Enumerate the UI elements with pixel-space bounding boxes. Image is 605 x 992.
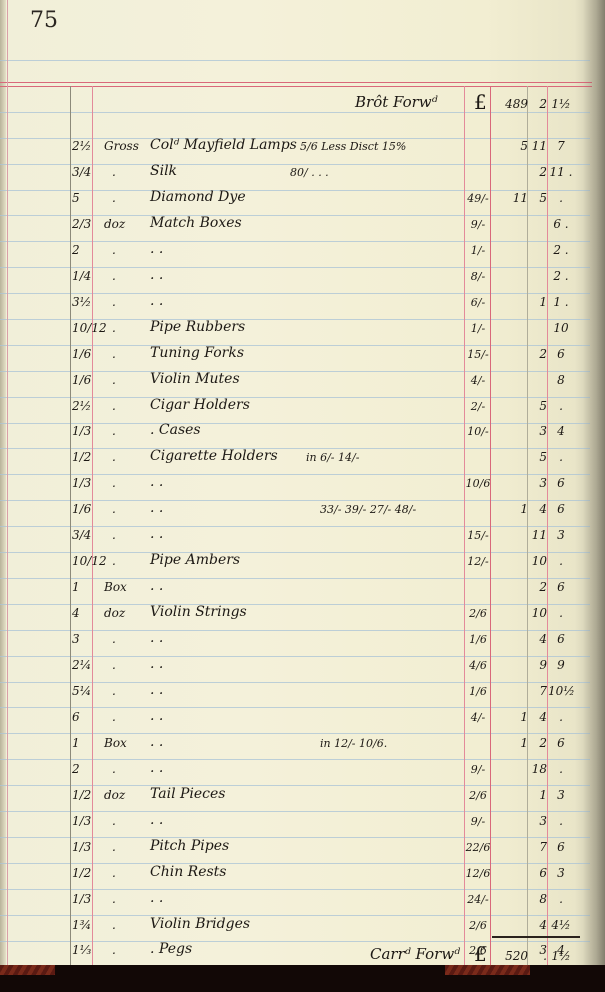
entry-quantity: 1/3 (72, 424, 98, 438)
entry-shillings: 3 (527, 476, 547, 490)
entry-quantity: 2½ (72, 399, 98, 413)
entry-shillings: 11 (527, 139, 547, 153)
entry-pence: . (548, 892, 574, 906)
entry-pence: . (548, 399, 574, 413)
entry-description: . . (150, 241, 163, 257)
entry-shillings: 4 (527, 502, 547, 516)
entry-shillings: 4 (527, 918, 547, 932)
entry-rate: 10/- (465, 425, 491, 438)
ledger-row: 1/6.Tuning Forks15/-26 (0, 338, 590, 364)
entry-quantity: 3/4 (72, 528, 98, 542)
entry-unit: . (112, 918, 116, 932)
entry-pence: 2 . (548, 269, 574, 283)
entry-pence: 10½ (548, 684, 574, 698)
entry-description: . . (150, 812, 163, 828)
ledger-row: 5¼.. .1/6710½ (0, 675, 590, 701)
bfwd-pounds: 489 (492, 97, 528, 111)
entry-description: . Cases (150, 422, 201, 438)
ledger-row: 10/12.Pipe Ambers12/-10. (0, 545, 590, 571)
entry-shillings: 11 (527, 528, 547, 542)
entry-unit: . (112, 762, 116, 776)
ledger-page: 75 Brôt Forwᵈ £ 489 2 1½ 2½GrossColᵈ May… (0, 0, 605, 965)
entry-shillings: 4 (527, 632, 547, 646)
entry-quantity: 2 (72, 243, 98, 257)
entry-pence: . (548, 554, 574, 568)
ledger-row: 6.. .4/-14. (0, 701, 590, 727)
brought-forward-label: Brôt Forwᵈ (355, 93, 438, 111)
cover-edge-left (0, 965, 55, 975)
entry-pounds: 11 (492, 191, 528, 205)
entry-description: . . (150, 656, 163, 672)
ledger-row: 2½GrossColᵈ Mayfield Lamps5/6 Less Disct… (0, 130, 590, 156)
entry-note: 5/6 Less Disct 15% (300, 140, 406, 153)
ledger-row: 1Box. .in 12/- 10/6.126 (0, 727, 590, 753)
entry-description: . . (150, 708, 163, 724)
ledger-row: 1Box. .26 (0, 571, 590, 597)
entry-pence: . (548, 191, 574, 205)
ledger-row: 5.Diamond Dye49/-115. (0, 182, 590, 208)
entry-shillings: 2 (527, 165, 547, 179)
entry-quantity: 5¼ (72, 684, 98, 698)
ledger-row: 1/2.Cigarette Holdersin 6/- 14/-5. (0, 441, 590, 467)
ledger-row: 3/4.. .15/-113 (0, 519, 590, 545)
entry-quantity: 3 (72, 632, 98, 646)
page-number: 75 (30, 8, 58, 33)
entry-rate: 12/6 (465, 867, 491, 880)
ledger-row: 1/2dozTail Pieces2/613 (0, 779, 590, 805)
entry-quantity: 1/4 (72, 269, 98, 283)
entry-pence: 3 (548, 866, 574, 880)
entry-shillings: 7 (527, 684, 547, 698)
entry-quantity: 1/3 (72, 476, 98, 490)
entry-description: Match Boxes (150, 215, 242, 231)
entry-rate: 9/- (465, 218, 491, 231)
entry-rate: 15/- (465, 348, 491, 361)
entry-shillings: 8 (527, 892, 547, 906)
entry-quantity: 1/3 (72, 840, 98, 854)
entry-shillings: 5 (527, 191, 547, 205)
entry-pence: 10 (548, 321, 574, 335)
entry-pence: . (548, 606, 574, 620)
cfwd-shillings: . (527, 949, 547, 963)
carried-forward-row: Carrᵈ Forwᵈ £ 520 . 1½ (0, 940, 590, 966)
entry-pence: 7 (548, 139, 574, 153)
entry-description: . . (150, 474, 163, 490)
entry-rate: 12/- (465, 555, 491, 568)
entry-quantity: 1/2 (72, 450, 98, 464)
entry-shillings: 1 (527, 295, 547, 309)
entry-rate: 1/- (465, 322, 491, 335)
entry-shillings: 2 (527, 580, 547, 594)
entry-rate: 2/- (465, 400, 491, 413)
entry-pounds: 1 (492, 710, 528, 724)
header-red-rule-2 (0, 86, 592, 87)
entry-unit: . (112, 502, 116, 516)
entry-shillings: 6 (527, 866, 547, 880)
entry-shillings: 2 (527, 736, 547, 750)
entry-unit: . (112, 840, 116, 854)
ledger-row: 3/4.Silk80/ . . .211 . (0, 156, 590, 182)
entry-description: Cigarette Holders (150, 448, 278, 464)
entry-unit: . (112, 373, 116, 387)
entry-pence: 9 (548, 658, 574, 672)
entry-rate: 6/- (465, 296, 491, 309)
entry-rate: 4/6 (465, 659, 491, 672)
ledger-row: 1¾.Violin Bridges2/644½ (0, 909, 590, 935)
entry-unit: Box (104, 580, 127, 594)
entry-pence: 6 (548, 476, 574, 490)
entry-quantity: 1/2 (72, 788, 98, 802)
entry-quantity: 1/6 (72, 373, 98, 387)
entry-rate: 2/6 (465, 789, 491, 802)
ledger-row: 1/3.. .9/-3. (0, 805, 590, 831)
entry-unit: . (112, 632, 116, 646)
entry-shillings: 4 (527, 710, 547, 724)
entry-quantity: 2¼ (72, 658, 98, 672)
entry-quantity: 2 (72, 762, 98, 776)
ledger-row: 1/2.Chin Rests12/663 (0, 857, 590, 883)
entry-pence: 6 (548, 502, 574, 516)
entry-quantity: 1/3 (72, 892, 98, 906)
entry-shillings: 9 (527, 658, 547, 672)
entry-rate: 4/- (465, 374, 491, 387)
entry-unit: . (112, 295, 116, 309)
entry-shillings: 1 (527, 788, 547, 802)
entry-quantity: 2½ (72, 139, 98, 153)
ledger-row: 1/4.. .8/-2 . (0, 260, 590, 286)
pound-sign-icon: £ (474, 90, 487, 114)
entry-description: Colᵈ Mayfield Lamps (150, 137, 297, 153)
entry-quantity: 1¾ (72, 918, 98, 932)
entry-shillings: 10 (527, 554, 547, 568)
entry-rate: 1/6 (465, 685, 491, 698)
entry-unit: . (112, 321, 116, 335)
entry-unit: . (112, 399, 116, 413)
entry-shillings: 3 (527, 814, 547, 828)
entry-pence: . (548, 762, 574, 776)
entry-pounds: 5 (492, 139, 528, 153)
entry-rate: 10/6 (465, 477, 491, 490)
bfwd-shillings: 2 (527, 97, 547, 111)
ledger-row: 10/12.Pipe Rubbers1/-10 (0, 312, 590, 338)
entry-description: Pipe Rubbers (150, 319, 245, 335)
entry-unit: . (112, 554, 116, 568)
entry-unit: doz (104, 606, 125, 620)
entry-description: . . (150, 267, 163, 283)
ledger-row: 4dozViolin Strings2/610. (0, 597, 590, 623)
ledger-row: 2/3dozMatch Boxes9/-6 . (0, 208, 590, 234)
entry-pounds: 1 (492, 736, 528, 750)
entry-pence: 8 (548, 373, 574, 387)
ledger-row: 2¼.. .4/699 (0, 649, 590, 675)
entry-description: . . (150, 293, 163, 309)
entry-pence: 6 (548, 840, 574, 854)
entry-rate: 1/6 (465, 633, 491, 646)
cover-edge-right (445, 965, 530, 975)
page-fold-shadow (583, 0, 605, 965)
entry-pounds: 1 (492, 502, 528, 516)
entry-description: . . (150, 526, 163, 542)
entry-note: 33/- 39/- 27/- 48/- (320, 503, 416, 516)
entry-quantity: 1/2 (72, 866, 98, 880)
entry-quantity: 4 (72, 606, 98, 620)
entry-description: . . (150, 890, 163, 906)
bfwd-pence: 1½ (548, 97, 574, 111)
entry-unit: . (112, 476, 116, 490)
entry-unit: . (112, 191, 116, 205)
entry-rate: 1/- (465, 244, 491, 257)
entry-quantity: 1 (72, 736, 98, 750)
entry-unit: . (112, 710, 116, 724)
entry-pence: 6 (548, 736, 574, 750)
entry-shillings: 7 (527, 840, 547, 854)
entry-quantity: 10/12 (72, 554, 98, 568)
entry-pence: 11 . (548, 165, 574, 179)
brought-forward-row: Brôt Forwᵈ £ 489 2 1½ (0, 88, 590, 114)
entry-unit: . (112, 450, 116, 464)
ledger-row: 1/3.. .24/-8. (0, 883, 590, 909)
entry-description: . . (150, 734, 163, 750)
entry-pence: 3 (548, 788, 574, 802)
entry-pence: . (548, 814, 574, 828)
carried-forward-label: Carrᵈ Forwᵈ (370, 945, 460, 963)
entry-quantity: 1/6 (72, 502, 98, 516)
entry-pence: 6 . (548, 217, 574, 231)
entry-shillings: 10 (527, 606, 547, 620)
entry-quantity: 6 (72, 710, 98, 724)
entry-description: Diamond Dye (150, 189, 246, 205)
entry-pence: 1 . (548, 295, 574, 309)
ledger-row: 2½.Cigar Holders2/-5. (0, 390, 590, 416)
ledger-row: 1/3.Pitch Pipes22/676 (0, 831, 590, 857)
entry-note: in 12/- 10/6. (320, 737, 387, 750)
ledger-row: 1/3.. .10/636 (0, 467, 590, 493)
entry-pence: 4 (548, 424, 574, 438)
entry-rate: 24/- (465, 893, 491, 906)
entry-pence: . (548, 450, 574, 464)
entry-pence: 4½ (548, 918, 574, 932)
entry-unit: doz (104, 217, 125, 231)
entry-shillings: 2 (527, 347, 547, 361)
entry-shillings: 5 (527, 399, 547, 413)
cfwd-pounds: 520 (492, 949, 528, 963)
cfwd-pence: 1½ (548, 949, 574, 963)
entry-unit: . (112, 684, 116, 698)
entry-rate: 8/- (465, 270, 491, 283)
entry-rate: 22/6 (465, 841, 491, 854)
entry-quantity: 1 (72, 580, 98, 594)
header-red-rule (0, 82, 592, 83)
ledger-row: 3½.. .6/-11 . (0, 286, 590, 312)
ledger-row: 1/3.. Cases10/-34 (0, 415, 590, 441)
entry-description: Tuning Forks (150, 345, 244, 361)
entry-rate: 9/- (465, 815, 491, 828)
entry-description: . . (150, 500, 163, 516)
entry-rate: 15/- (465, 529, 491, 542)
ledger-row: 2.. .1/-2 . (0, 234, 590, 260)
entry-unit: . (112, 814, 116, 828)
entry-shillings: 3 (527, 424, 547, 438)
entry-pence: 6 (548, 632, 574, 646)
entry-description: Violin Strings (150, 604, 247, 620)
entry-description: Violin Bridges (150, 916, 250, 932)
entry-rate: 9/- (465, 763, 491, 776)
entry-pence: . (548, 710, 574, 724)
entry-pence: 2 . (548, 243, 574, 257)
entry-pence: 6 (548, 347, 574, 361)
entry-quantity: 3½ (72, 295, 98, 309)
entry-description: Chin Rests (150, 864, 227, 880)
entry-quantity: 5 (72, 191, 98, 205)
ledger-row: 3.. .1/646 (0, 623, 590, 649)
entry-unit: . (112, 658, 116, 672)
total-rule (492, 936, 580, 938)
entry-unit: . (112, 347, 116, 361)
entry-description: Cigar Holders (150, 397, 250, 413)
entry-unit: . (112, 269, 116, 283)
entry-description: . . (150, 682, 163, 698)
entry-unit: . (112, 892, 116, 906)
entry-pence: 6 (548, 580, 574, 594)
entry-unit: Gross (104, 139, 139, 153)
entry-description: Pipe Ambers (150, 552, 240, 568)
entry-rate: 4/- (465, 711, 491, 724)
entry-shillings: 5 (527, 450, 547, 464)
entry-description: . . (150, 760, 163, 776)
entry-unit: . (112, 165, 116, 179)
entry-rate: 2/6 (465, 919, 491, 932)
entry-quantity: 2/3 (72, 217, 98, 231)
entry-description: Tail Pieces (150, 786, 226, 802)
entry-description: Silk (150, 163, 177, 179)
entry-shillings: 18 (527, 762, 547, 776)
blue-rule (0, 60, 590, 61)
ledger-row: 1/6.Violin Mutes4/-8 (0, 364, 590, 390)
entry-unit: . (112, 243, 116, 257)
entry-unit: . (112, 424, 116, 438)
entry-note: 80/ . . . (290, 166, 329, 179)
entry-quantity: 3/4 (72, 165, 98, 179)
entry-quantity: 1/3 (72, 814, 98, 828)
entry-description: Violin Mutes (150, 371, 240, 387)
entry-description: . . (150, 578, 163, 594)
entry-unit: Box (104, 736, 127, 750)
entry-description: Pitch Pipes (150, 838, 229, 854)
entry-unit: . (112, 866, 116, 880)
entry-rate: 2/6 (465, 607, 491, 620)
entry-pence: 3 (548, 528, 574, 542)
pound-sign-icon: £ (474, 942, 487, 966)
entry-unit: . (112, 528, 116, 542)
entry-quantity: 1/6 (72, 347, 98, 361)
entry-rate: 49/- (465, 192, 491, 205)
entry-quantity: 10/12 (72, 321, 98, 335)
entry-note: in 6/- 14/- (306, 451, 359, 464)
ledger-row: 2.. .9/-18. (0, 753, 590, 779)
entry-description: . . (150, 630, 163, 646)
entry-unit: doz (104, 788, 125, 802)
ledger-row: 1/6.. .33/- 39/- 27/- 48/-146 (0, 493, 590, 519)
